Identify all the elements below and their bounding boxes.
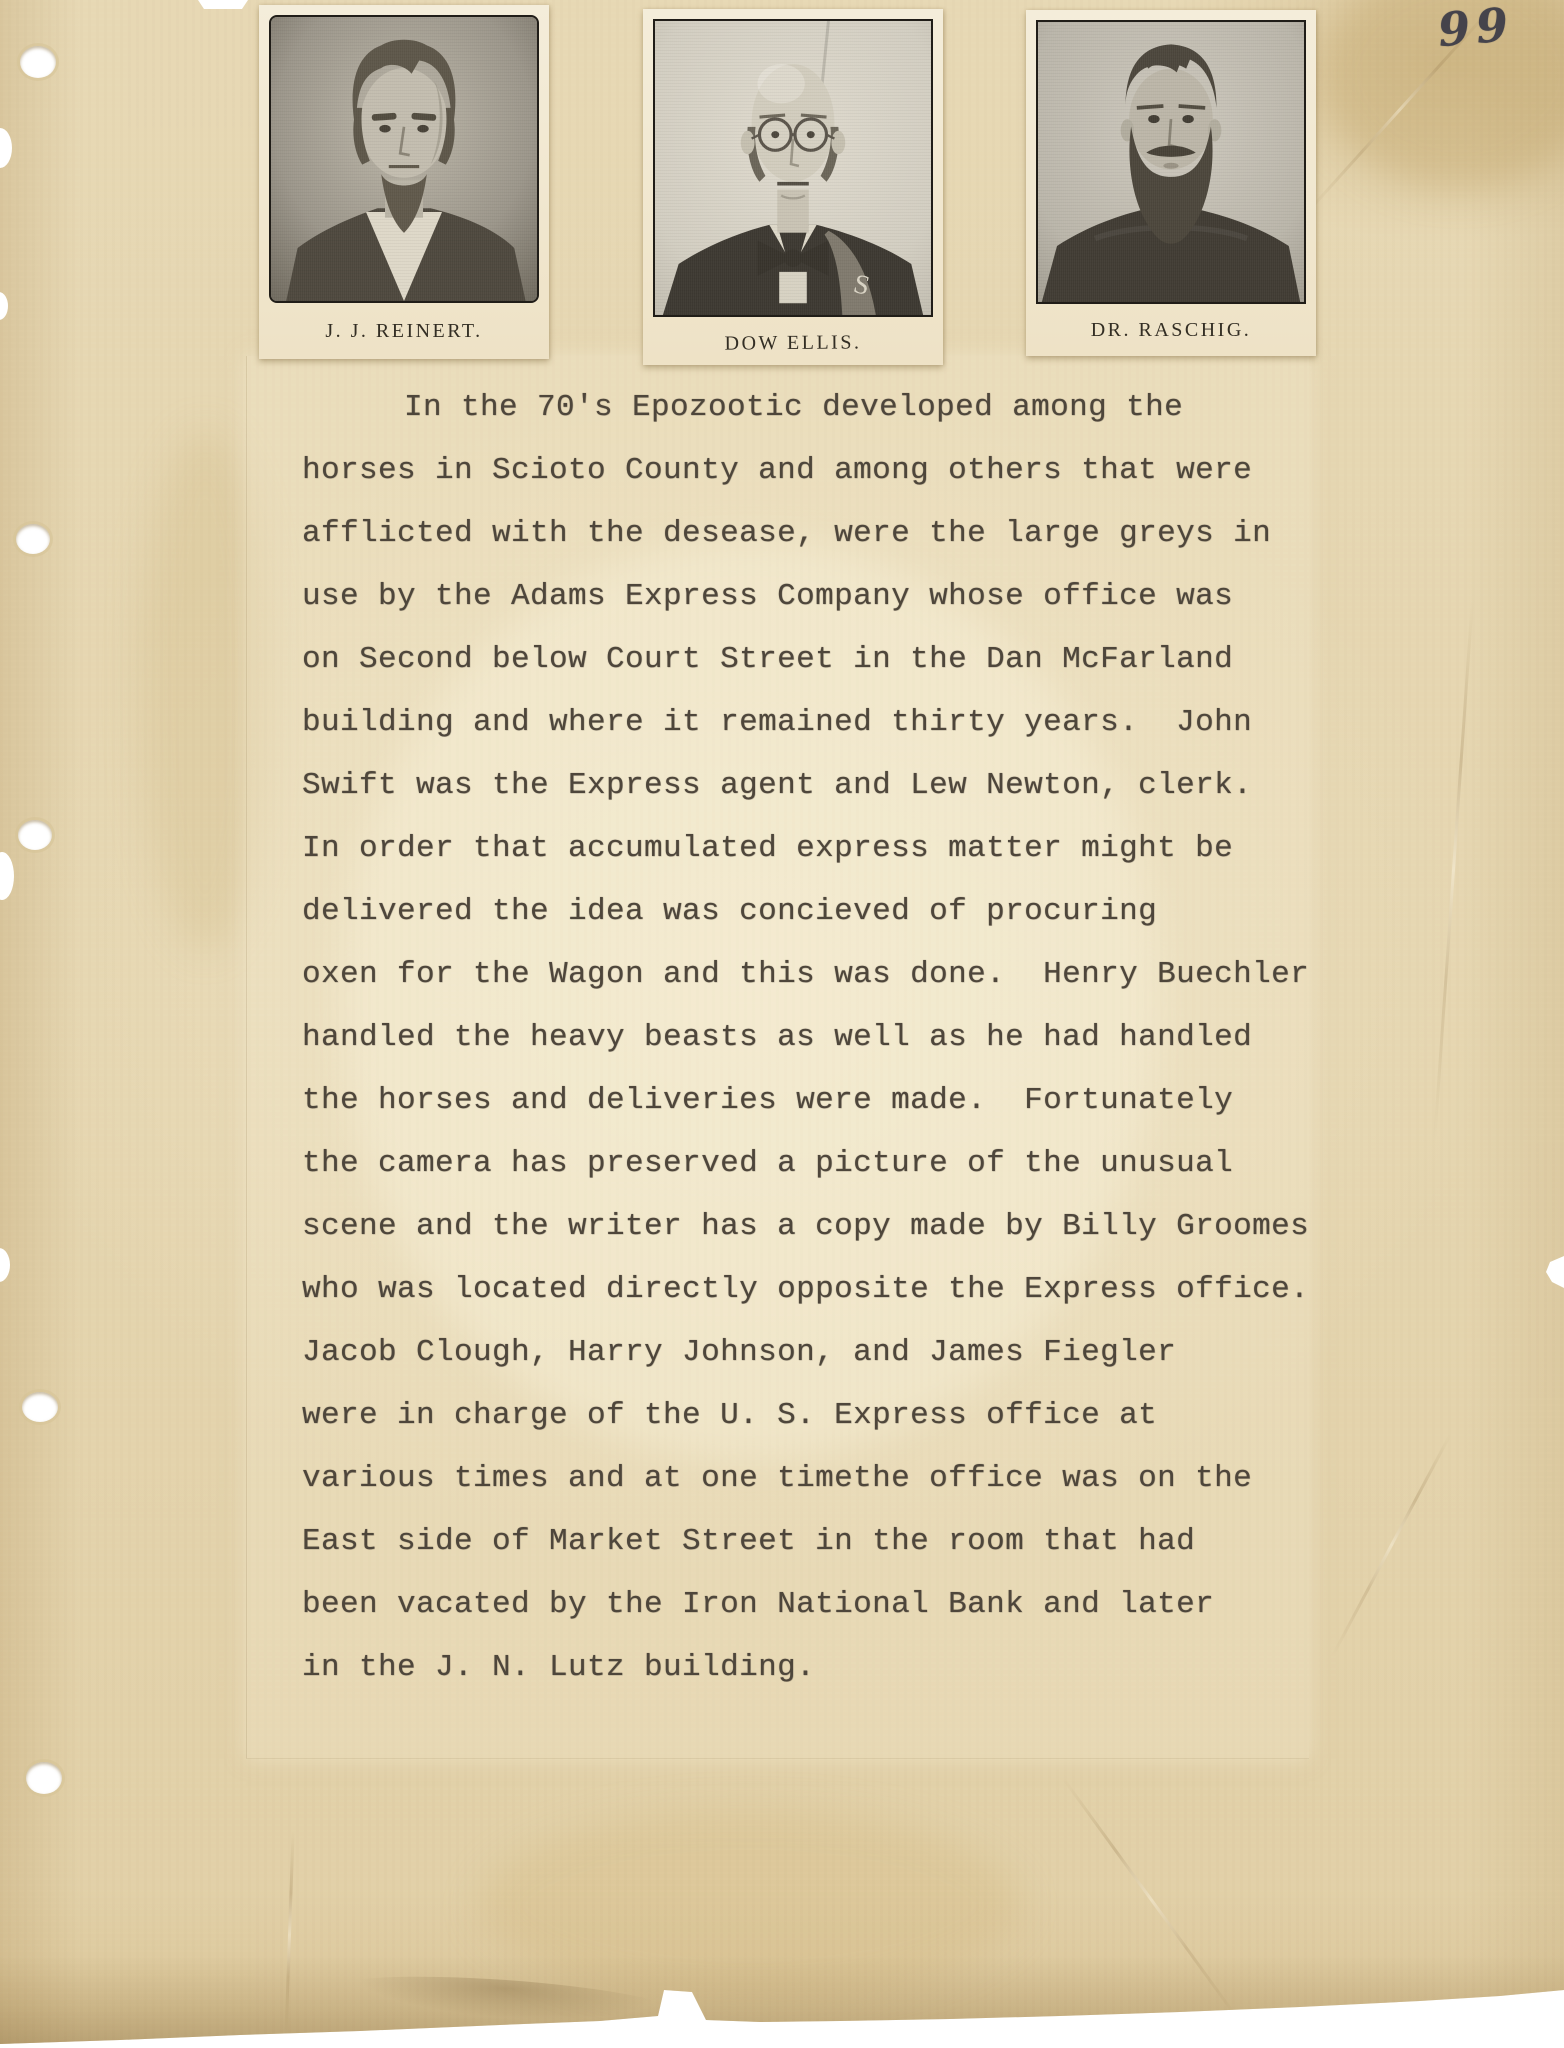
typed-line: on Second below Court Street in the Dan … <box>302 628 1322 691</box>
typed-line: the camera has preserved a picture of th… <box>302 1132 1322 1195</box>
typed-line: in the J. N. Lutz building. <box>302 1636 1322 1699</box>
typed-line: oxen for the Wagon and this was done. He… <box>302 943 1322 1006</box>
portrait-photo-reinert <box>269 15 539 303</box>
typed-line: In the 70's Epozootic developed among th… <box>302 376 1322 439</box>
scrapbook-page: J. J. REINERT. S <box>0 0 1564 2048</box>
typed-line: building and where it remained thirty ye… <box>302 691 1322 754</box>
page-number: 99 <box>1436 0 1516 57</box>
typed-line: East side of Market Street in the room t… <box>302 1510 1322 1573</box>
punch-hole <box>26 1762 62 1794</box>
typed-line: Swift was the Express agent and Lew Newt… <box>302 754 1322 817</box>
typed-line: delivered the idea was concieved of proc… <box>302 880 1322 943</box>
photo-card-reinert: J. J. REINERT. <box>259 5 549 359</box>
punch-hole <box>16 524 50 554</box>
typed-line: who was located directly opposite the Ex… <box>302 1258 1322 1321</box>
photo-card-raschig: DR. RASCHIG. <box>1026 10 1316 356</box>
photo-caption-ellis: DOW ELLIS. <box>643 331 943 357</box>
typed-line: were in charge of the U. S. Express offi… <box>302 1384 1322 1447</box>
typed-line: various times and at one timethe office … <box>302 1447 1322 1510</box>
typed-line: horses in Scioto County and among others… <box>302 439 1322 502</box>
portrait-illustration-ellis: S <box>655 21 931 315</box>
paper-sheet: J. J. REINERT. S <box>0 0 1564 2048</box>
photo-card-ellis: S <box>643 9 943 365</box>
punch-hole <box>22 1392 58 1422</box>
portrait-photo-ellis: S <box>653 19 933 317</box>
typed-line: scene and the writer has a copy made by … <box>302 1195 1322 1258</box>
punch-hole <box>18 820 52 850</box>
typed-line: use by the Adams Express Company whose o… <box>302 565 1322 628</box>
typed-line: Jacob Clough, Harry Johnson, and James F… <box>302 1321 1322 1384</box>
typed-paragraph: In the 70's Epozootic developed among th… <box>302 376 1322 1699</box>
photo-caption-raschig: DR. RASCHIG. <box>1026 319 1316 342</box>
portrait-photo-raschig <box>1036 20 1306 304</box>
torn-edge-shadow <box>0 1955 1564 2048</box>
photo-caption-reinert: J. J. REINERT. <box>259 320 549 343</box>
typed-line: been vacated by the Iron National Bank a… <box>302 1573 1322 1636</box>
punch-hole <box>20 46 56 78</box>
portrait-illustration-reinert <box>271 17 537 301</box>
typed-line: handled the heavy beasts as well as he h… <box>302 1006 1322 1069</box>
typed-line: afflicted with the desease, were the lar… <box>302 502 1322 565</box>
portrait-illustration-raschig <box>1038 22 1304 302</box>
typed-line: the horses and deliveries were made. For… <box>302 1069 1322 1132</box>
typed-line: In order that accumulated express matter… <box>302 817 1322 880</box>
